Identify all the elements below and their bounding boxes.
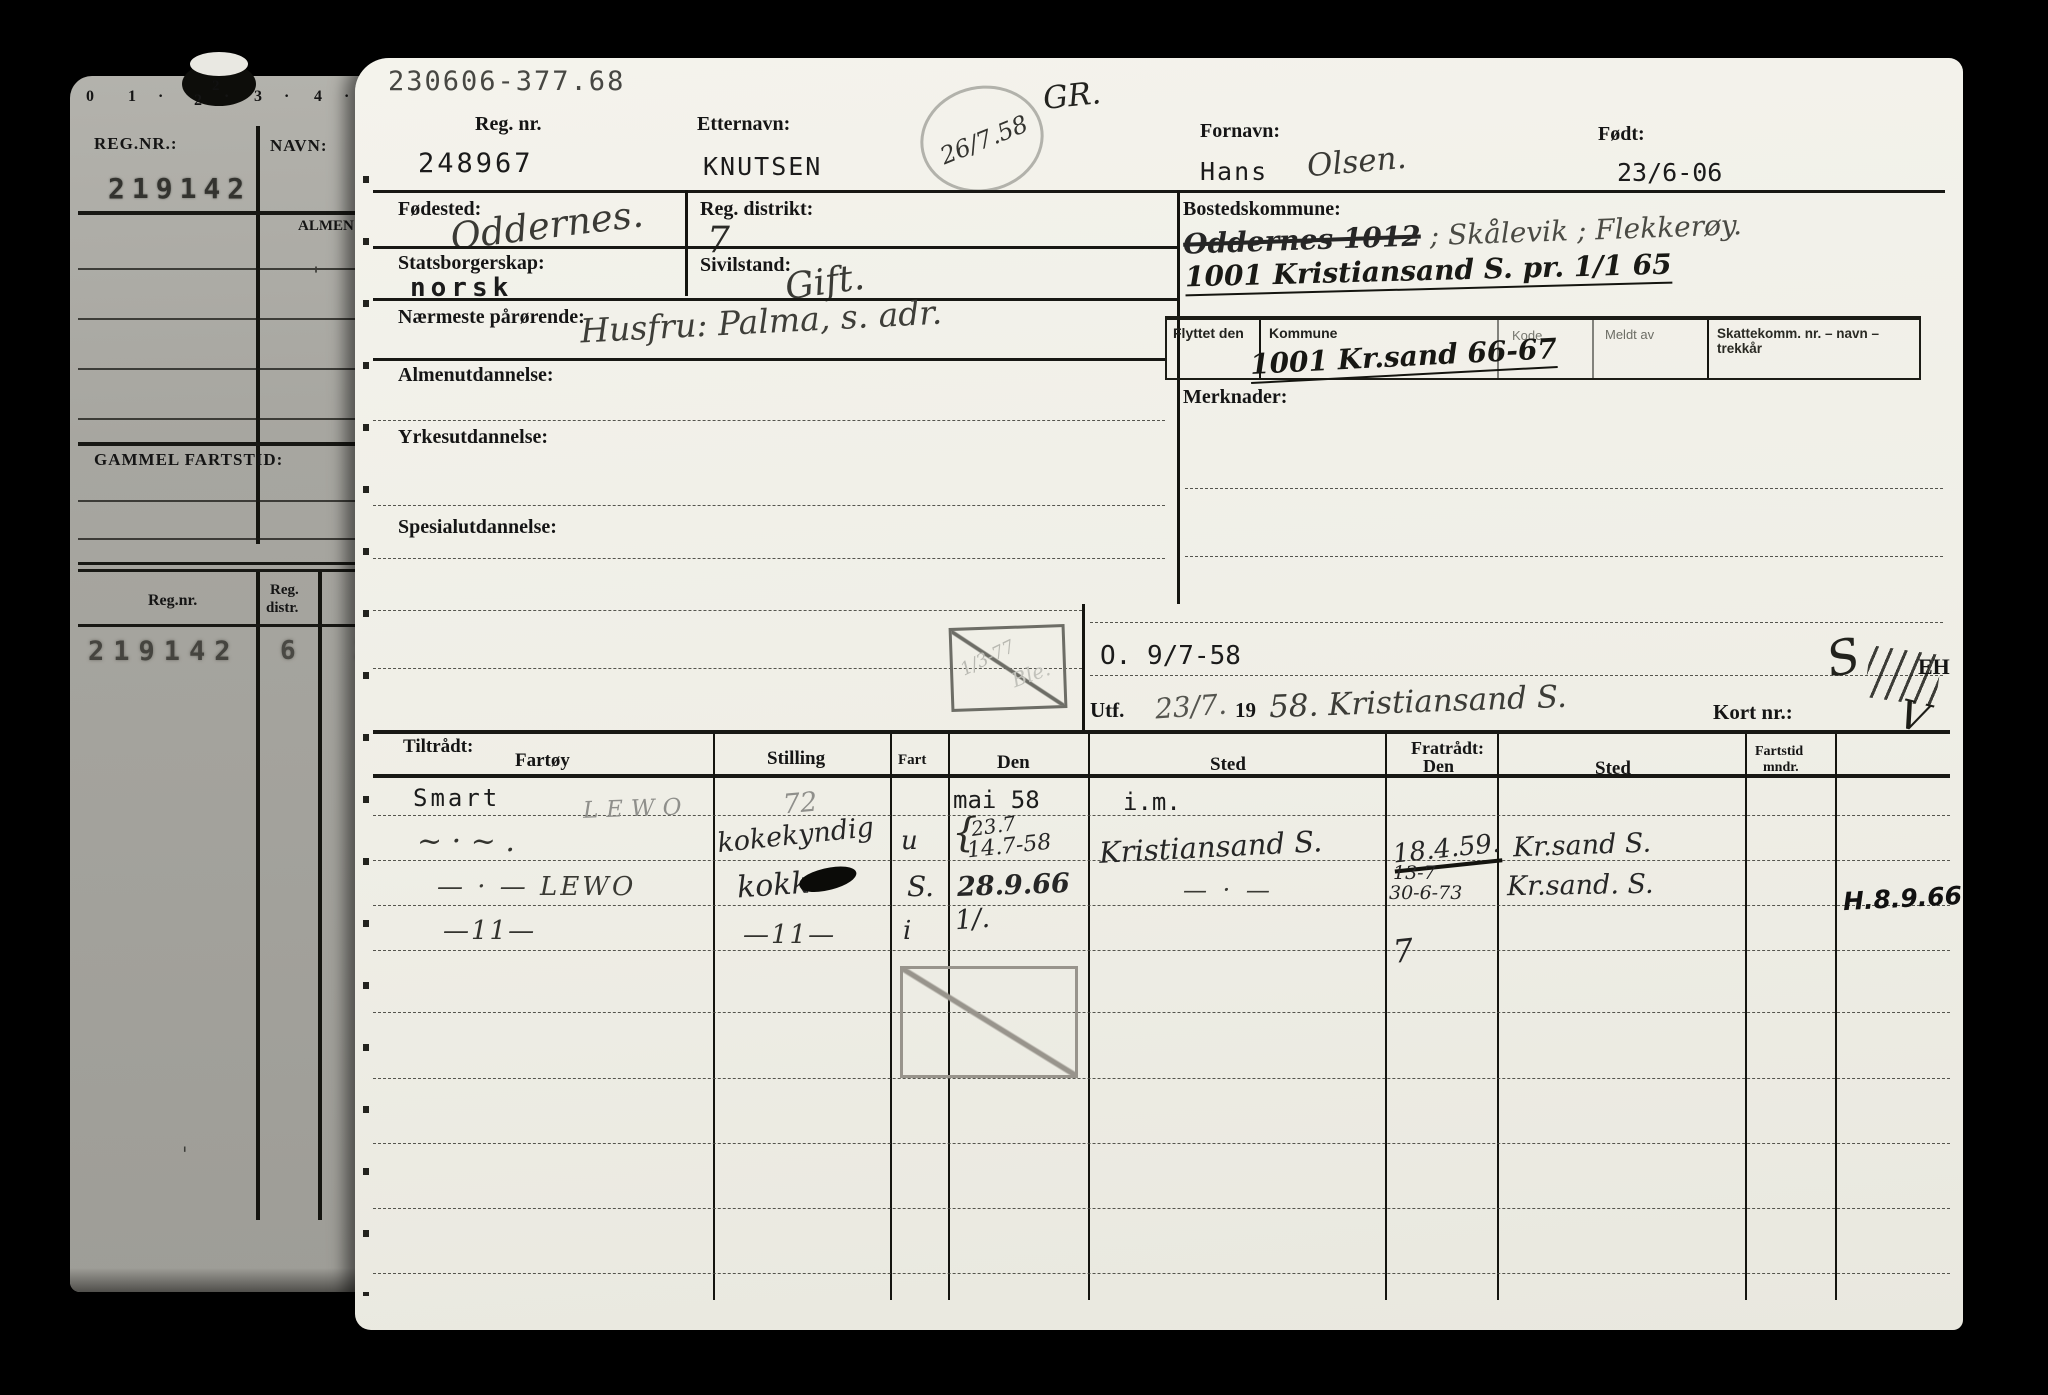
table-row-line bbox=[373, 1012, 1950, 1013]
fodt-value: 23/6-06 bbox=[1617, 158, 1722, 187]
old-row-line bbox=[78, 500, 382, 502]
old-table-divider bbox=[256, 572, 260, 1220]
old-heavy-rule bbox=[78, 442, 382, 446]
row2-fartoy-ditto: ~ · ~ . bbox=[417, 824, 515, 859]
row1-sted-typed: i.m. bbox=[1123, 788, 1181, 816]
row-dash bbox=[373, 420, 1165, 421]
old-row-line bbox=[78, 368, 382, 370]
parorende-hand: Husfru: Palma, s. adr. bbox=[579, 293, 943, 351]
row2-sted-hand: Kristiansand S. bbox=[1098, 824, 1323, 870]
ruler-tick: 4 bbox=[314, 88, 322, 106]
utf-year-hand: 58. Kristiansand S. bbox=[1268, 679, 1567, 725]
kort-nr-label: Kort nr.: bbox=[1713, 700, 1793, 725]
col-stilling: Stilling bbox=[767, 748, 825, 770]
col-den: Den bbox=[997, 752, 1030, 774]
scanned-register-card-page: 2 0 1 · 2 · 3 · 4 · REG.NR.: NAVN: 21914… bbox=[0, 0, 2048, 1395]
row1-stilling-pencil: 72 bbox=[782, 787, 819, 821]
regnr-value: 248967 bbox=[418, 148, 534, 179]
row4-fra-den-hand: 7 bbox=[1391, 931, 1415, 971]
ruler-tick: · bbox=[224, 88, 229, 106]
flytte-col-meldt-av: Meldt av bbox=[1605, 327, 1654, 342]
table-col-line bbox=[1745, 734, 1747, 1300]
old-heavy-rule bbox=[78, 211, 382, 215]
regdistrikt-label: Reg. distrikt: bbox=[700, 198, 813, 221]
flytte-col-kommune: Kommune bbox=[1269, 325, 1337, 341]
row-dash bbox=[373, 558, 1165, 559]
ruler-tick: · bbox=[158, 88, 163, 106]
row4-stilling-ditto: —11— bbox=[743, 920, 836, 950]
fodt-label: Født: bbox=[1598, 123, 1645, 146]
row-dash bbox=[373, 505, 1165, 506]
table-row-line bbox=[373, 1143, 1950, 1144]
row-rule bbox=[373, 298, 1177, 301]
table-col-line bbox=[1497, 734, 1499, 1300]
regnr-label: Reg. nr. bbox=[475, 113, 541, 136]
edge-dot-column bbox=[363, 176, 369, 1296]
row3-den-hand: 28.9.66 bbox=[956, 868, 1070, 903]
fornavn-typed: Hans bbox=[1200, 157, 1268, 186]
old-col-regdistr-line1: Reg. bbox=[270, 582, 299, 599]
row3-sted-ditto: — · — bbox=[1183, 876, 1274, 904]
table-col-line bbox=[890, 734, 892, 1300]
row3-fra-den-line1: 13-7 bbox=[1393, 862, 1436, 884]
etternavn-value: KNUTSEN bbox=[703, 152, 822, 181]
row1-fartoy-pencil: LEWO bbox=[583, 794, 690, 824]
old-regnr-value: 219142 bbox=[108, 172, 251, 205]
row-dash bbox=[1090, 622, 1943, 623]
divider-fodested-regdistrikt bbox=[685, 190, 688, 296]
col-fartoy: Fartøy bbox=[515, 750, 570, 772]
row-dash bbox=[1090, 675, 1943, 676]
row-dash bbox=[1185, 488, 1943, 489]
col-fartstid-line1: Fartstid bbox=[1755, 744, 1803, 760]
notch-glare bbox=[190, 52, 248, 76]
old-navn-label: NAVN: bbox=[270, 136, 328, 156]
flytte-col-skattekomm: Skattekomm. nr. – navn – trekkår bbox=[1717, 326, 1919, 356]
old-gammel-fartstid-label: GAMMEL FARTSTID: bbox=[94, 450, 283, 470]
old-hand-mark: ' bbox=[182, 1142, 188, 1166]
old-table-divider bbox=[318, 572, 322, 1220]
divider-utf-block bbox=[1082, 604, 1085, 730]
yrkesutdannelse-label: Yrkesutdannelse: bbox=[398, 426, 548, 449]
flytte-col-flyttet: Flyttet den bbox=[1173, 325, 1244, 341]
ruler-tick: · bbox=[344, 88, 349, 106]
old-row-line bbox=[78, 418, 382, 420]
spesialutdannelse-label: Spesialutdannelse: bbox=[398, 516, 557, 539]
merknader-label: Merknader: bbox=[1183, 386, 1287, 409]
stamp-initials-hand: GR. bbox=[1041, 75, 1102, 117]
table-col-line bbox=[713, 734, 715, 1300]
table-row-line bbox=[373, 1078, 1950, 1079]
flytte-table-divider bbox=[1592, 320, 1594, 378]
row-rule bbox=[373, 358, 1165, 361]
row4-fart-hand: i bbox=[903, 916, 911, 946]
row1-fartoy-typed: Smart bbox=[413, 784, 500, 812]
ruler-tick: 2 bbox=[194, 92, 202, 110]
table-top-rule bbox=[373, 730, 1950, 734]
ruler-tick: 1 bbox=[128, 88, 136, 106]
old-double-rule-a bbox=[78, 562, 382, 565]
archive-code: 230606-377.68 bbox=[388, 66, 625, 97]
row4-fartoy-ditto: —11— bbox=[443, 916, 536, 946]
etternavn-label: Etternavn: bbox=[697, 113, 790, 136]
old-column-divider bbox=[256, 126, 260, 544]
table-row-line bbox=[373, 1273, 1950, 1274]
old-col-regdistr-line2: distr. bbox=[266, 600, 298, 617]
row3-fart-hand: S. bbox=[907, 870, 934, 903]
sivilstand-label: Sivilstand: bbox=[700, 254, 791, 277]
bostedskommune-rest: ; Skålevik ; Flekkerøy. bbox=[1420, 208, 1742, 252]
row-dash bbox=[1185, 556, 1943, 557]
col-fart: Fart bbox=[898, 752, 926, 769]
old-hand-mark: ' bbox=[313, 264, 319, 289]
utf-day-hand: 23/7. bbox=[1154, 688, 1228, 726]
ruler-tick: 3 bbox=[254, 88, 262, 106]
header-rule bbox=[373, 190, 1945, 193]
row2-fart-hand: u bbox=[901, 826, 918, 856]
bostedskommune-label: Bostedskommune: bbox=[1183, 198, 1341, 221]
old-table-header-rule bbox=[78, 624, 382, 627]
o-date-value: O. 9/7-58 bbox=[1100, 641, 1241, 671]
row-rule bbox=[373, 246, 1177, 249]
table-header-rule bbox=[373, 774, 1950, 778]
ruler-tick: · bbox=[284, 88, 289, 106]
table-row-line bbox=[373, 950, 1950, 951]
old-almen-label: ALMEN bbox=[298, 218, 354, 235]
old-row-distr: 6 bbox=[280, 636, 296, 666]
old-regnr-label: REG.NR.: bbox=[94, 134, 178, 154]
fornavn-hand: Olsen. bbox=[1306, 140, 1408, 185]
divider-left-right-columns bbox=[1177, 190, 1180, 604]
stamp-box-note2: Ble. bbox=[1008, 656, 1053, 692]
old-row-regnr: 219142 bbox=[88, 636, 240, 667]
row3-fartstid-note: H.8.9.66 bbox=[1842, 881, 1962, 916]
row4-den-hand: 1/. bbox=[954, 903, 991, 936]
table-col-line bbox=[1088, 734, 1090, 1300]
row3-fartoy-hand: — · — LEWO bbox=[437, 872, 636, 902]
row2-fra-sted-hand: Kr.sand S. bbox=[1513, 828, 1652, 864]
statsborgerskap-label: Statsborgerskap: bbox=[398, 252, 545, 275]
almenutdannelse-label: Almenutdannelse: bbox=[398, 364, 554, 387]
row3-fra-sted-hand: Kr.sand. S. bbox=[1507, 869, 1654, 903]
tiltradt-label: Tiltrådt: bbox=[403, 736, 473, 758]
old-row-line bbox=[78, 538, 382, 540]
signature-hand: S bbox=[1822, 627, 1866, 689]
fornavn-label: Fornavn: bbox=[1200, 120, 1280, 143]
old-double-rule-b bbox=[78, 569, 382, 572]
table-row-line bbox=[373, 905, 1950, 906]
utf-label: Utf. bbox=[1090, 698, 1124, 723]
table-row-line bbox=[373, 1208, 1950, 1209]
cancelled-pencil-box bbox=[900, 966, 1078, 1078]
old-col-regnr: Reg.nr. bbox=[148, 592, 197, 610]
utf-year-print: 19 bbox=[1235, 698, 1256, 723]
table-col-line bbox=[1385, 734, 1387, 1300]
notch-digit: 2 bbox=[212, 78, 220, 95]
row-dash bbox=[373, 610, 1082, 611]
clerk-initials: EH bbox=[1918, 654, 1950, 680]
parorende-label: Nærmeste pårørende: bbox=[398, 306, 585, 329]
old-row-line bbox=[78, 268, 382, 270]
row3-fra-den-line2: 30-6-73 bbox=[1389, 882, 1462, 904]
old-register-card: 2 0 1 · 2 · 3 · 4 · REG.NR.: NAVN: 21914… bbox=[70, 76, 390, 1292]
old-row-line bbox=[78, 318, 382, 320]
row2-stilling-hand: kokekyndig bbox=[716, 812, 876, 859]
old-card-bottom-shadow bbox=[70, 1268, 390, 1292]
col-sted: Sted bbox=[1210, 754, 1246, 776]
table-col-line bbox=[1835, 734, 1837, 1300]
flytte-table-divider bbox=[1707, 320, 1709, 378]
cancelled-stamp-box: 1/3-77 Ble. bbox=[949, 624, 1068, 712]
seaman-register-card: 230606-377.68 26/7.58 GR. Reg. nr. Etter… bbox=[355, 58, 1963, 1330]
ruler-tick: 0 bbox=[86, 88, 94, 106]
